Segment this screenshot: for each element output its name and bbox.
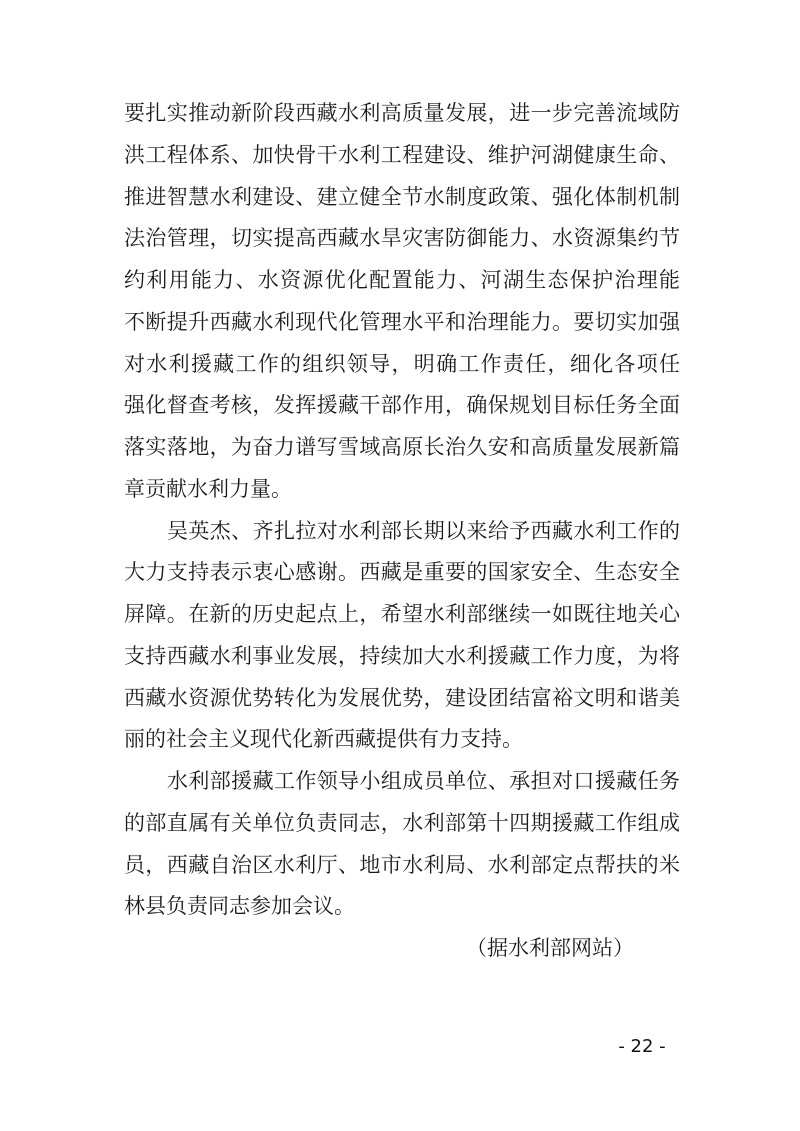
paragraph-line: 对水利援藏工作的组织领导，明确工作责任，细化各项任务， xyxy=(124,344,680,386)
paragraph-line: 落实落地，为奋力谱写雪域高原长治久安和高质量发展新篇 xyxy=(124,427,680,469)
paragraph-line: 屏障。在新的历史起点上，希望水利部继续一如既往地关心 xyxy=(124,594,680,636)
paragraph-line: 约利用能力、水资源优化配置能力、河湖生态保护治理能力， xyxy=(124,260,680,302)
paragraph-line: 不断提升西藏水利现代化管理水平和治理能力。要切实加强 xyxy=(124,302,680,344)
paragraph-line: 洪工程体系、加快骨干水利工程建设、维护河湖健康生命、 xyxy=(124,135,680,177)
paragraphs-container: 要扎实推动新阶段西藏水利高质量发展，进一步完善流域防洪工程体系、加快骨干水利工程… xyxy=(124,93,680,928)
document-body: 要扎实推动新阶段西藏水利高质量发展，进一步完善流域防洪工程体系、加快骨干水利工程… xyxy=(124,93,680,970)
paragraph-line: 强化督查考核，发挥援藏干部作用，确保规划目标任务全面 xyxy=(124,385,680,427)
page-number: - 22 - xyxy=(582,1036,702,1058)
paragraph-line: 章贡献水利力量。 xyxy=(124,469,680,511)
paragraph-line: 推进智慧水利建设、建立健全节水制度政策、强化体制机制 xyxy=(124,177,680,219)
paragraph-line: 法治管理，切实提高西藏水旱灾害防御能力、水资源集约节 xyxy=(124,218,680,260)
attribution: （据水利部网站） xyxy=(124,928,680,970)
paragraph-line: 员，西藏自治区水利厅、地市水利局、水利部定点帮扶的米 xyxy=(124,845,680,887)
paragraph-line: 大力支持表示衷心感谢。西藏是重要的国家安全、生态安全 xyxy=(124,552,680,594)
paragraph-line: 丽的社会主义现代化新西藏提供有力支持。 xyxy=(124,719,680,761)
paragraph-line: 吴英杰、齐扎拉对水利部长期以来给予西藏水利工作的 xyxy=(124,511,680,553)
paragraph-line: 支持西藏水利事业发展，持续加大水利援藏工作力度，为将 xyxy=(124,636,680,678)
paragraph-line: 水利部援藏工作领导小组成员单位、承担对口援藏任务 xyxy=(124,761,680,803)
paragraph-line: 要扎实推动新阶段西藏水利高质量发展，进一步完善流域防 xyxy=(124,93,680,135)
paragraph-line: 西藏水资源优势转化为发展优势，建设团结富裕文明和谐美 xyxy=(124,678,680,720)
paragraph-line: 的部直属有关单位负责同志，水利部第十四期援藏工作组成 xyxy=(124,803,680,845)
paragraph-line: 林县负责同志参加会议。 xyxy=(124,886,680,928)
